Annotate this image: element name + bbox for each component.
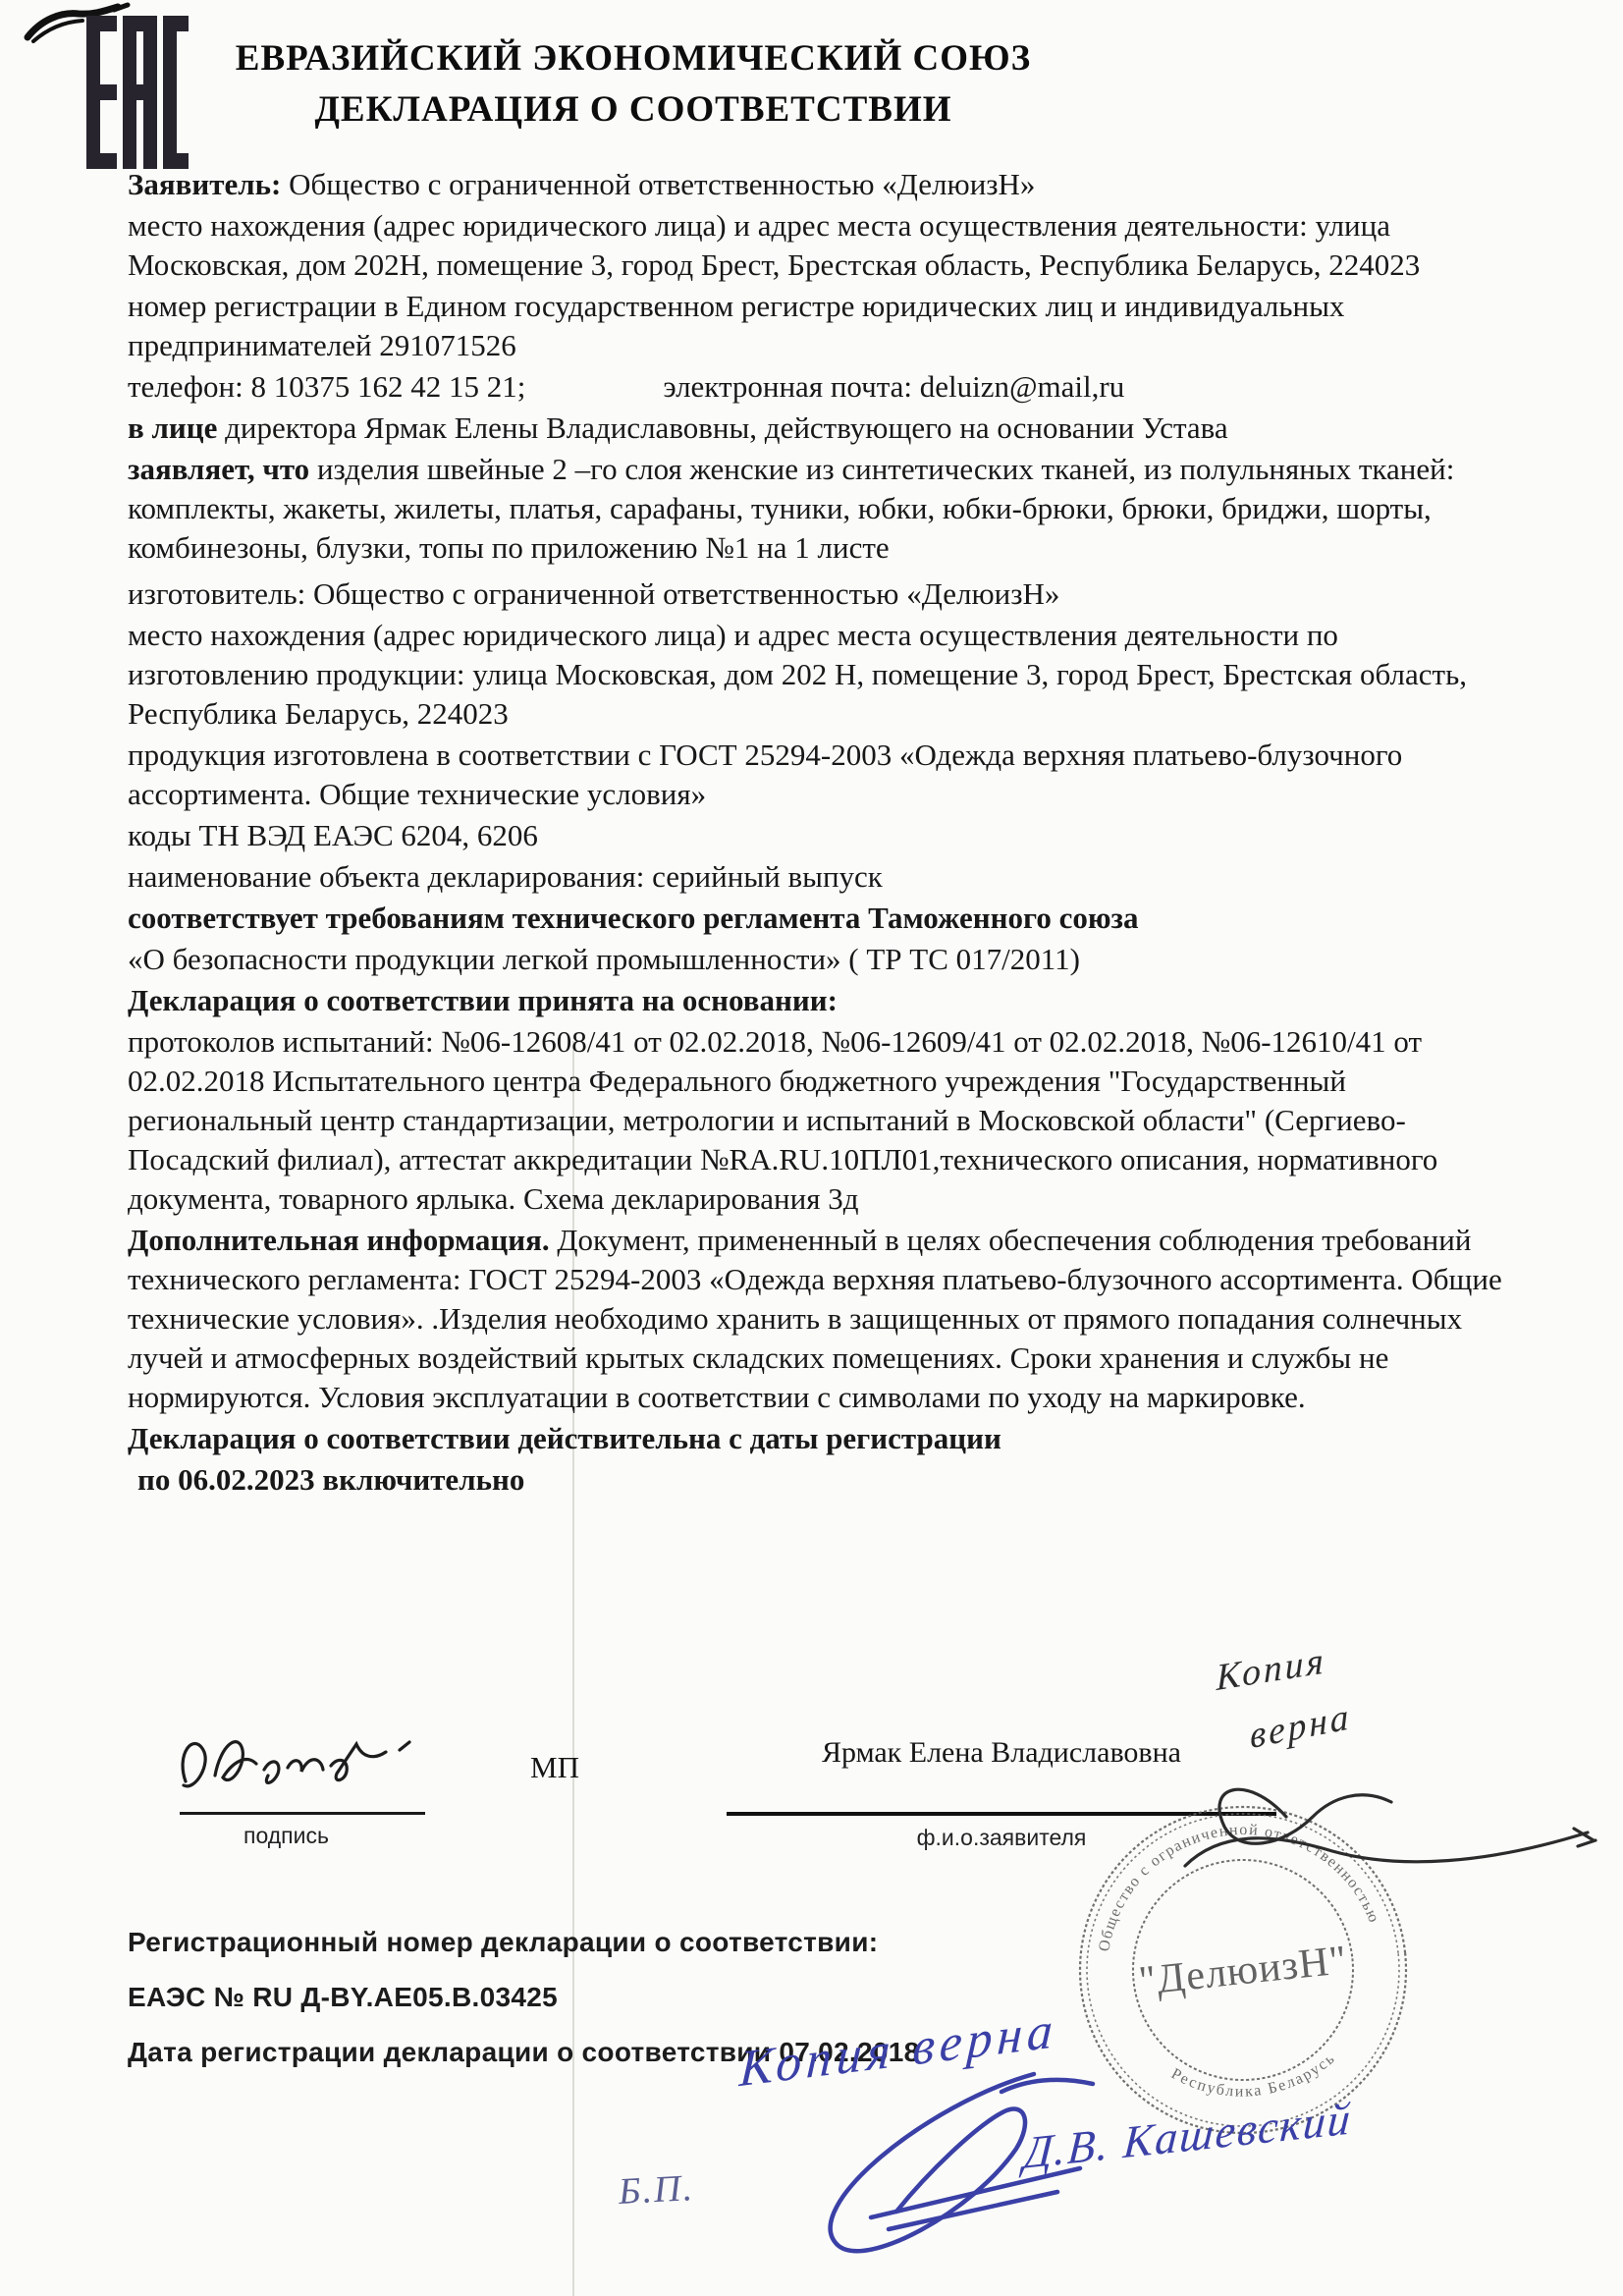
paragraph-test-protocols: протоколов испытаний: №06-12608/41 от 02… [128, 1022, 1514, 1219]
registration-number-label: Регистрационный номер декларации о соотв… [128, 1927, 878, 1958]
paragraph-applicant-address: место нахождения (адрес юридического лиц… [128, 206, 1514, 285]
paragraph-applicant: Заявитель: Общество с ограниченной ответ… [128, 165, 1514, 204]
declaration-body: Заявитель: Общество с ограниченной ответ… [128, 165, 1514, 1502]
paragraph-validity: Декларация о соответствии действительна … [128, 1419, 1514, 1458]
black-handwritten-note-line2: верна [1249, 1695, 1353, 1758]
title-line-declaration: ДЕКЛАРАЦИЯ О СООТВЕТСТВИИ [211, 84, 1055, 136]
paragraph-tnved-codes: коды ТН ВЭД ЕАЭС 6204, 6206 [128, 816, 1514, 855]
stamp-center-text: "ДелюизН" [1137, 1938, 1349, 2004]
signature-underline [180, 1812, 425, 1815]
paragraph-manufacturer-address: место нахождения (адрес юридического лиц… [128, 616, 1514, 734]
applicant-signature-script [172, 1721, 437, 1819]
eac-logo-icon: ЕАС [86, 16, 189, 169]
black-handwritten-note-line1: Копия [1216, 1639, 1326, 1700]
black-signature-flourish [1163, 1756, 1620, 1923]
paragraph-manufacturer: изготовитель: Общество с ограниченной от… [128, 574, 1514, 614]
paragraph-gost: продукция изготовлена в соответствии с Г… [128, 736, 1514, 814]
paragraph-valid-until: по 06.02.2023 включительно [128, 1460, 1514, 1500]
registration-number-value: ЕАЭС № RU Д-BY.АЕ05.В.03425 [128, 1982, 558, 2013]
paragraph-registration-number: номер регистрации в Едином государственн… [128, 287, 1514, 365]
signature-caption: подпись [243, 1823, 329, 1849]
title-line-union: ЕВРАЗИЙСКИЙ ЭКОНОМИЧЕСКИЙ СОЮЗ [211, 33, 1055, 84]
paragraph-additional-info: Дополнительная информация. Документ, при… [128, 1221, 1514, 1417]
paragraph-conformity-bold: соответствует требованиям технического р… [128, 899, 1514, 938]
declaration-document-page: ЕАС ЕВРАЗИЙСКИЙ ЭКОНОМИЧЕСКИЙ СОЮЗ ДЕКЛА… [0, 0, 1623, 2296]
paragraph-products: заявляет, что изделия швейные 2 –го слоя… [128, 450, 1514, 568]
paragraph-object-name: наименование объекта декларирования: сер… [128, 857, 1514, 897]
paragraph-phone-email: телефон: 8 10375 162 42 15 21;электронна… [128, 367, 1514, 407]
paragraph-basis-heading: Декларация о соответствии принята на осн… [128, 981, 1514, 1020]
paragraph-director: в лице директора Ярмак Елены Владиславов… [128, 409, 1514, 448]
blue-signature-loop [781, 2062, 1163, 2288]
paragraph-tr-ts: «О безопасности продукции легкой промышл… [128, 940, 1514, 979]
stamp-place-label: МП [530, 1750, 579, 1785]
document-title: ЕВРАЗИЙСКИЙ ЭКОНОМИЧЕСКИЙ СОЮЗ ДЕКЛАРАЦИ… [211, 33, 1055, 136]
blue-handwritten-initials: Б.П. [618, 2166, 695, 2214]
